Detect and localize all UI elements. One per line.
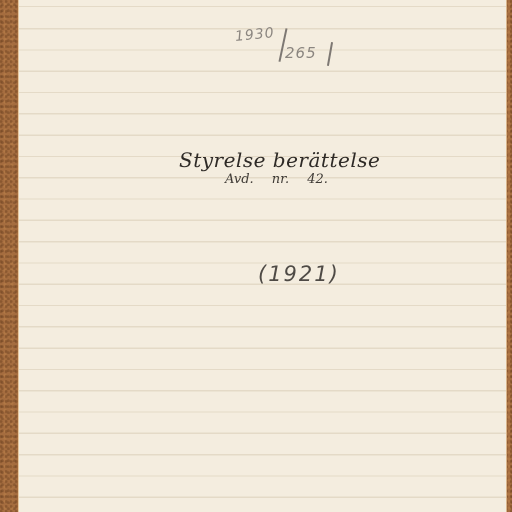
reference-end-slash: [327, 42, 333, 66]
document-title: Styrelse berättelse: [179, 148, 380, 172]
document-subtitle: Avd. nr. 42.: [225, 172, 328, 187]
document-year: (1921): [258, 262, 340, 286]
reference-number-top: 1930: [234, 25, 275, 45]
reference-number-bottom: 265: [285, 44, 317, 62]
ruled-paper-sheet: 1930 265 Styrelse berättelse Avd. nr. 42…: [19, 0, 506, 512]
